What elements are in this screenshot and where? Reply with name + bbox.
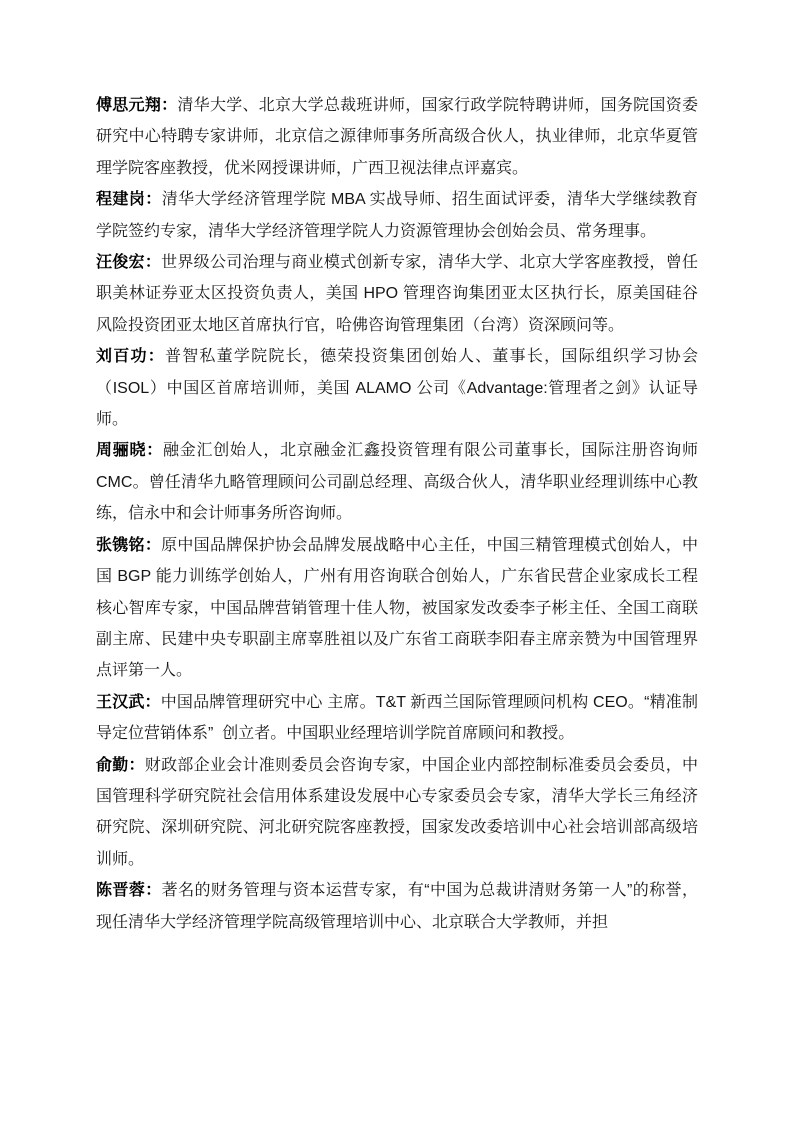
person-name: 傅思元翔： xyxy=(96,97,177,114)
bio-text: 中国品牌管理研究中心 主席。T&T 新西兰国际管理顾问机构 CEO。“精准制导定… xyxy=(96,694,698,742)
person-name: 汪俊宏： xyxy=(96,254,161,271)
bio-paragraph: 王汉武：中国品牌管理研究中心 主席。T&T 新西兰国际管理顾问机构 CEO。“精… xyxy=(96,687,698,750)
bio-paragraph: 俞勤：财政部企业会计准则委员会咨询专家，中国企业内部控制标准委员会委员，中国管理… xyxy=(96,750,698,876)
bio-text: 世界级公司治理与商业模式创新专家，清华大学、北京大学客座教授，曾任职美林证券亚太… xyxy=(96,254,698,334)
bio-paragraph: 陈晋蓉：著名的财务管理与资本运营专家，有“中国为总裁讲清财务第一人”的称誉，现任… xyxy=(96,875,698,938)
bio-paragraph: 程建岗：清华大学经济管理学院 MBA 实战导师、招生面试评委，清华大学继续教育学… xyxy=(96,184,698,247)
person-name: 俞勤： xyxy=(96,757,145,774)
person-name: 张镌铭： xyxy=(96,537,161,554)
bio-text: 普智私董学院院长，德荣投资集团创始人、董事长，国际组织学习协会（ISOL）中国区… xyxy=(96,348,698,428)
bio-text: 清华大学、北京大学总裁班讲师，国家行政学院特聘讲师，国务院国资委研究中心特聘专家… xyxy=(96,97,698,177)
bio-text: 财政部企业会计准则委员会咨询专家，中国企业内部控制标准委员会委员，中国管理科学研… xyxy=(96,757,698,868)
person-name: 王汉武： xyxy=(96,694,161,711)
bio-text: 原中国品牌保护协会品牌发展战略中心主任，中国三精管理模式创始人，中国 BGP 能… xyxy=(96,537,698,680)
bio-text: 著名的财务管理与资本运营专家，有“中国为总裁讲清财务第一人”的称誉，现任清华大学… xyxy=(96,882,698,930)
bio-paragraph: 周骊晓：融金汇创始人，北京融金汇鑫投资管理有限公司董事长，国际注册咨询师 CMC… xyxy=(96,435,698,529)
person-name: 周骊晓： xyxy=(96,442,163,459)
bio-paragraph: 刘百功：普智私董学院院长，德荣投资集团创始人、董事长，国际组织学习协会（ISOL… xyxy=(96,341,698,435)
person-name: 刘百功： xyxy=(96,348,165,365)
bio-text: 清华大学经济管理学院 MBA 实战导师、招生面试评委，清华大学继续教育学院签约专… xyxy=(96,191,698,239)
person-name: 陈晋蓉： xyxy=(96,882,162,899)
bio-paragraph: 汪俊宏：世界级公司治理与商业模式创新专家，清华大学、北京大学客座教授，曾任职美林… xyxy=(96,247,698,341)
bio-paragraph: 张镌铭：原中国品牌保护协会品牌发展战略中心主任，中国三精管理模式创始人，中国 B… xyxy=(96,530,698,687)
bio-text: 融金汇创始人，北京融金汇鑫投资管理有限公司董事长，国际注册咨询师 CMC。曾任清… xyxy=(96,442,702,522)
document-page: 傅思元翔：清华大学、北京大学总裁班讲师，国家行政学院特聘讲师，国务院国资委研究中… xyxy=(0,0,794,1123)
person-name: 程建岗： xyxy=(96,191,162,208)
bio-paragraph: 傅思元翔：清华大学、北京大学总裁班讲师，国家行政学院特聘讲师，国务院国资委研究中… xyxy=(96,90,698,184)
bio-list: 傅思元翔：清华大学、北京大学总裁班讲师，国家行政学院特聘讲师，国务院国资委研究中… xyxy=(96,90,698,938)
